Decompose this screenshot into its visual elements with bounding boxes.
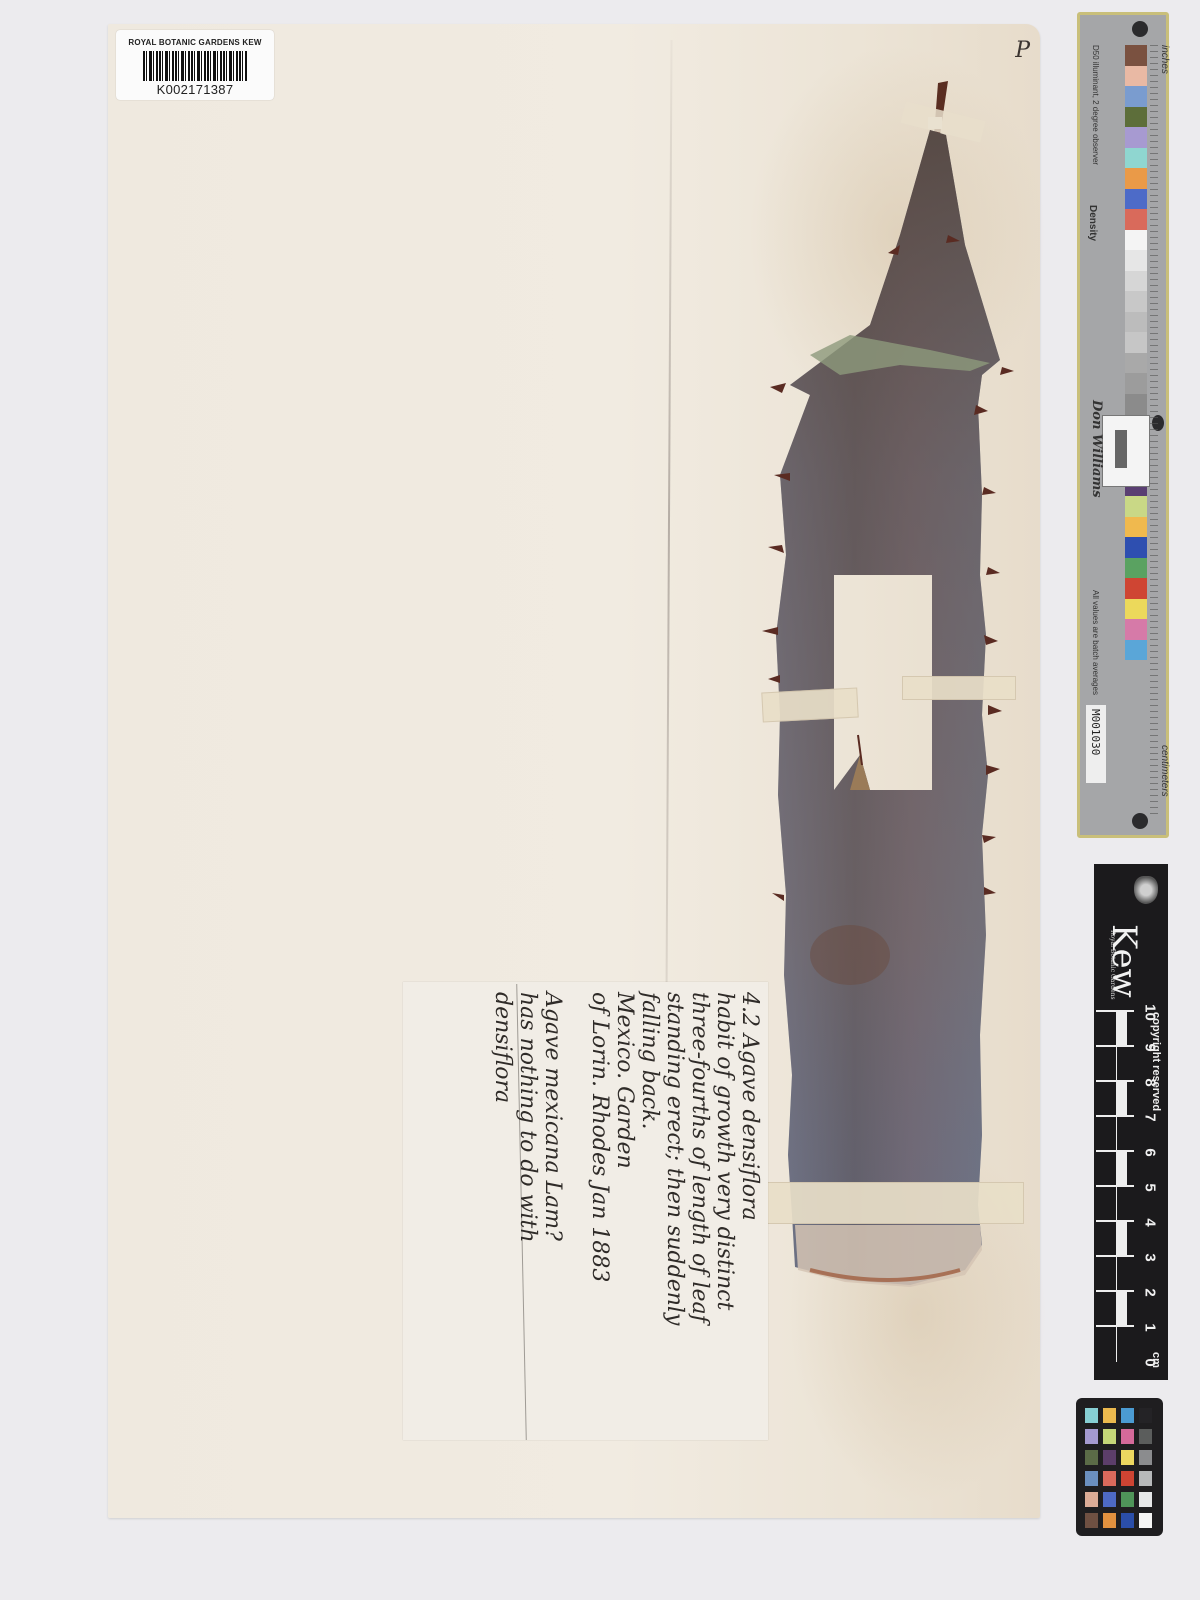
cm-segment [1096,1325,1134,1360]
color-patch [1125,394,1147,415]
color-patch [1125,148,1147,169]
mounting-strap [766,1182,1024,1224]
color-patch [1125,189,1147,210]
color-patch [1125,209,1147,230]
scale-number: 1 [1142,1318,1159,1338]
color-patch [1125,107,1147,128]
color-patch [1125,271,1147,292]
scale-number: 5 [1142,1178,1159,1198]
checker-cell [1085,1513,1098,1528]
checker-cell [1085,1429,1098,1444]
color-checker-grid [1085,1408,1152,1528]
chart-code-text: M001030 [1089,709,1102,755]
scale-number: 4 [1142,1213,1159,1233]
inches-label: inches [1159,45,1170,74]
checker-cell [1139,1492,1152,1507]
color-calibration-bar: D50 illuminant, 2 degree observer Densit… [1077,12,1169,838]
resolution-target [1102,415,1150,487]
cm-segment [1096,1150,1134,1185]
color-patches [1125,45,1147,660]
mounting-strap [761,688,858,723]
scale-number: 3 [1142,1248,1159,1268]
punch-hole-icon [1132,813,1148,829]
kew-logo: Kew [1104,924,1144,998]
checker-cell [1103,1450,1116,1465]
color-patch [1125,558,1147,579]
checker-cell [1103,1471,1116,1486]
checker-cell [1121,1408,1134,1423]
checker-cell [1139,1408,1152,1423]
cm-scale [1096,1010,1134,1370]
scale-number: 2 [1142,1283,1159,1303]
barcode-number: K002171387 [116,82,274,97]
checker-cell [1103,1408,1116,1423]
punch-hole-icon [1132,21,1148,37]
checker-cell [1085,1408,1098,1423]
checker-cell [1103,1492,1116,1507]
checker-cell [1121,1492,1134,1507]
cm-segment [1096,1220,1134,1255]
label-line: has nothing to do with [515,992,540,1430]
color-patch [1125,250,1147,271]
cm-segment [1096,1010,1134,1045]
mounting-strap [902,676,1016,700]
barcode-icon [143,51,247,81]
cm-segment [1096,1290,1134,1325]
label-line: Agave mexicana Lam? [540,992,565,1430]
batch-note: All values are batch averages [1091,590,1100,695]
color-patch [1125,640,1147,661]
handwritten-label: 4.2 Agave densiflora habit of growth ver… [403,982,768,1440]
illuminant-note: D50 illuminant, 2 degree observer [1091,45,1100,165]
checker-cell [1121,1450,1134,1465]
label-line: Mexico. Garden [612,992,637,1430]
cm-segment [1096,1255,1134,1290]
institution-name: ROYAL BOTANIC GARDENS KEW [116,38,274,47]
color-patch [1125,496,1147,517]
pencil-line [665,40,672,1000]
label-line: standing erect; then suddenly [662,992,687,1430]
color-patch [1125,127,1147,148]
label-line: densiflora [490,992,515,1430]
checker-cell [1139,1513,1152,1528]
manufacturer-mark: Don Williams [1089,400,1104,498]
checker-cell [1103,1513,1116,1528]
ruler-ticks [1150,45,1158,815]
kew-scale-bar: Royal Botanic Gardens Kew 109876543210 c… [1094,864,1168,1380]
checker-cell [1121,1513,1134,1528]
scale-number: 6 [1142,1143,1159,1163]
label-line: of Lorin. Rhodes Jan 1883 [587,992,612,1430]
label-line: habit of growth very distinct [712,992,737,1430]
checker-cell [1085,1450,1098,1465]
color-patch [1125,66,1147,87]
checker-cell [1121,1429,1134,1444]
cm-segment [1096,1115,1134,1150]
color-patch [1125,517,1147,538]
barcode-label: ROYAL BOTANIC GARDENS KEW K002171387 [116,30,274,100]
unit-label: cm [1150,1352,1162,1368]
color-patch [1125,353,1147,374]
label-line: 4.2 Agave densiflora [737,992,762,1430]
handwritten-text: 4.2 Agave densiflora habit of growth ver… [403,982,768,1440]
color-patch [1125,578,1147,599]
label-line: three-fourths of length of leaf [687,992,712,1430]
color-patch [1125,86,1147,107]
color-patch [1125,619,1147,640]
centimeters-label: centimeters [1159,745,1170,797]
checker-cell [1139,1471,1152,1486]
color-patch [1125,312,1147,333]
checker-cell [1103,1429,1116,1444]
color-patch [1125,373,1147,394]
cm-segment [1096,1080,1134,1115]
corner-mark: P [1015,38,1030,63]
checker-cell [1085,1471,1098,1486]
checker-cell [1085,1492,1098,1507]
color-patch [1125,45,1147,66]
checker-cell [1121,1471,1134,1486]
royal-crest-icon [1134,876,1158,904]
checker-cell [1139,1429,1152,1444]
density-label: Density [1087,205,1098,241]
checker-cell [1139,1450,1152,1465]
color-patch [1125,291,1147,312]
color-patch [1125,168,1147,189]
chart-code: M001030 [1086,705,1106,783]
cm-segment [1096,1185,1134,1220]
color-patch [1125,332,1147,353]
color-patch [1125,537,1147,558]
cm-segment [1096,1045,1134,1080]
copyright-text: copyright reserved [1150,1012,1162,1111]
color-patch [1125,599,1147,620]
label-line: falling back. [637,992,662,1430]
color-patch [1125,230,1147,251]
color-checker-card [1076,1398,1163,1536]
